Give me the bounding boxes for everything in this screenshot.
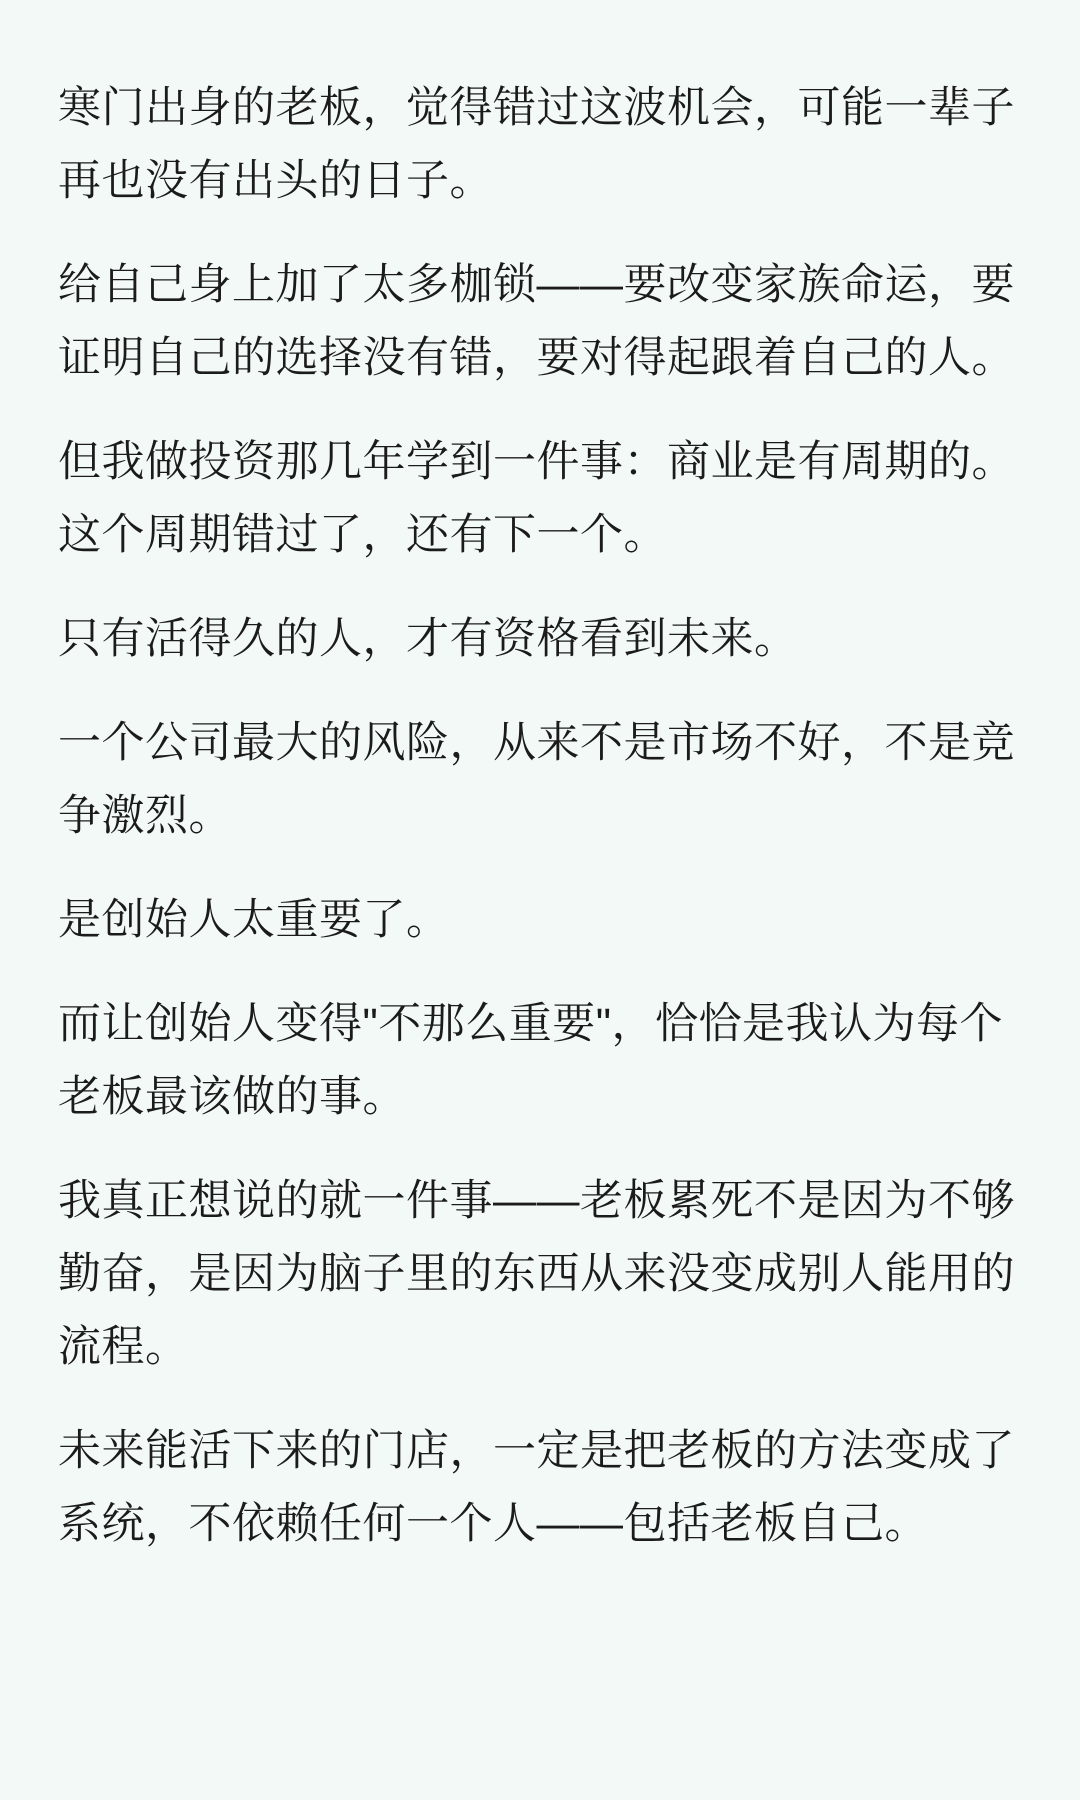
paragraph: 是创始人太重要了。 xyxy=(58,884,1040,957)
text-line: 证明自己的选择没有错，要对得起跟着自己的人。 xyxy=(58,322,1040,395)
text-line: 这个周期错过了，还有下一个。 xyxy=(58,499,1040,572)
text-line: 系统，不依赖任何一个人——包括老板自己。 xyxy=(58,1488,1040,1561)
article-body: 寒门出身的老板，觉得错过这波机会，可能一辈子 再也没有出头的日子。 给自己身上加… xyxy=(0,0,1080,1561)
text-line: 我真正想说的就一件事——老板累死不是因为不够 xyxy=(58,1165,1040,1238)
paragraph: 给自己身上加了太多枷锁——要改变家族命运，要 证明自己的选择没有错，要对得起跟着… xyxy=(58,249,1040,395)
text-line: 一个公司最大的风险，从来不是市场不好，不是竞 xyxy=(58,707,1040,780)
paragraph: 只有活得久的人，才有资格看到未来。 xyxy=(58,603,1040,676)
text-line: 未来能活下来的门店，一定是把老板的方法变成了 xyxy=(58,1415,1040,1488)
text-line: 但我做投资那几年学到一件事：商业是有周期的。 xyxy=(58,426,1040,499)
paragraph: 但我做投资那几年学到一件事：商业是有周期的。 这个周期错过了，还有下一个。 xyxy=(58,426,1040,572)
text-line: 老板最该做的事。 xyxy=(58,1061,1040,1134)
text-line: 争激烈。 xyxy=(58,780,1040,853)
text-line: 只有活得久的人，才有资格看到未来。 xyxy=(58,603,1040,676)
text-line: 寒门出身的老板，觉得错过这波机会，可能一辈子 xyxy=(58,72,1040,145)
text-line: 给自己身上加了太多枷锁——要改变家族命运，要 xyxy=(58,249,1040,322)
paragraph: 未来能活下来的门店，一定是把老板的方法变成了 系统，不依赖任何一个人——包括老板… xyxy=(58,1415,1040,1561)
paragraph: 而让创始人变得"不那么重要"，恰恰是我认为每个 老板最该做的事。 xyxy=(58,988,1040,1134)
paragraph: 我真正想说的就一件事——老板累死不是因为不够 勤奋，是因为脑子里的东西从来没变成… xyxy=(58,1165,1040,1384)
text-line: 再也没有出头的日子。 xyxy=(58,145,1040,218)
text-line: 勤奋，是因为脑子里的东西从来没变成别人能用的 xyxy=(58,1238,1040,1311)
paragraph: 寒门出身的老板，觉得错过这波机会，可能一辈子 再也没有出头的日子。 xyxy=(58,72,1040,218)
text-line: 是创始人太重要了。 xyxy=(58,884,1040,957)
text-line: 而让创始人变得"不那么重要"，恰恰是我认为每个 xyxy=(58,988,1040,1061)
text-line: 流程。 xyxy=(58,1311,1040,1384)
paragraph: 一个公司最大的风险，从来不是市场不好，不是竞 争激烈。 xyxy=(58,707,1040,853)
